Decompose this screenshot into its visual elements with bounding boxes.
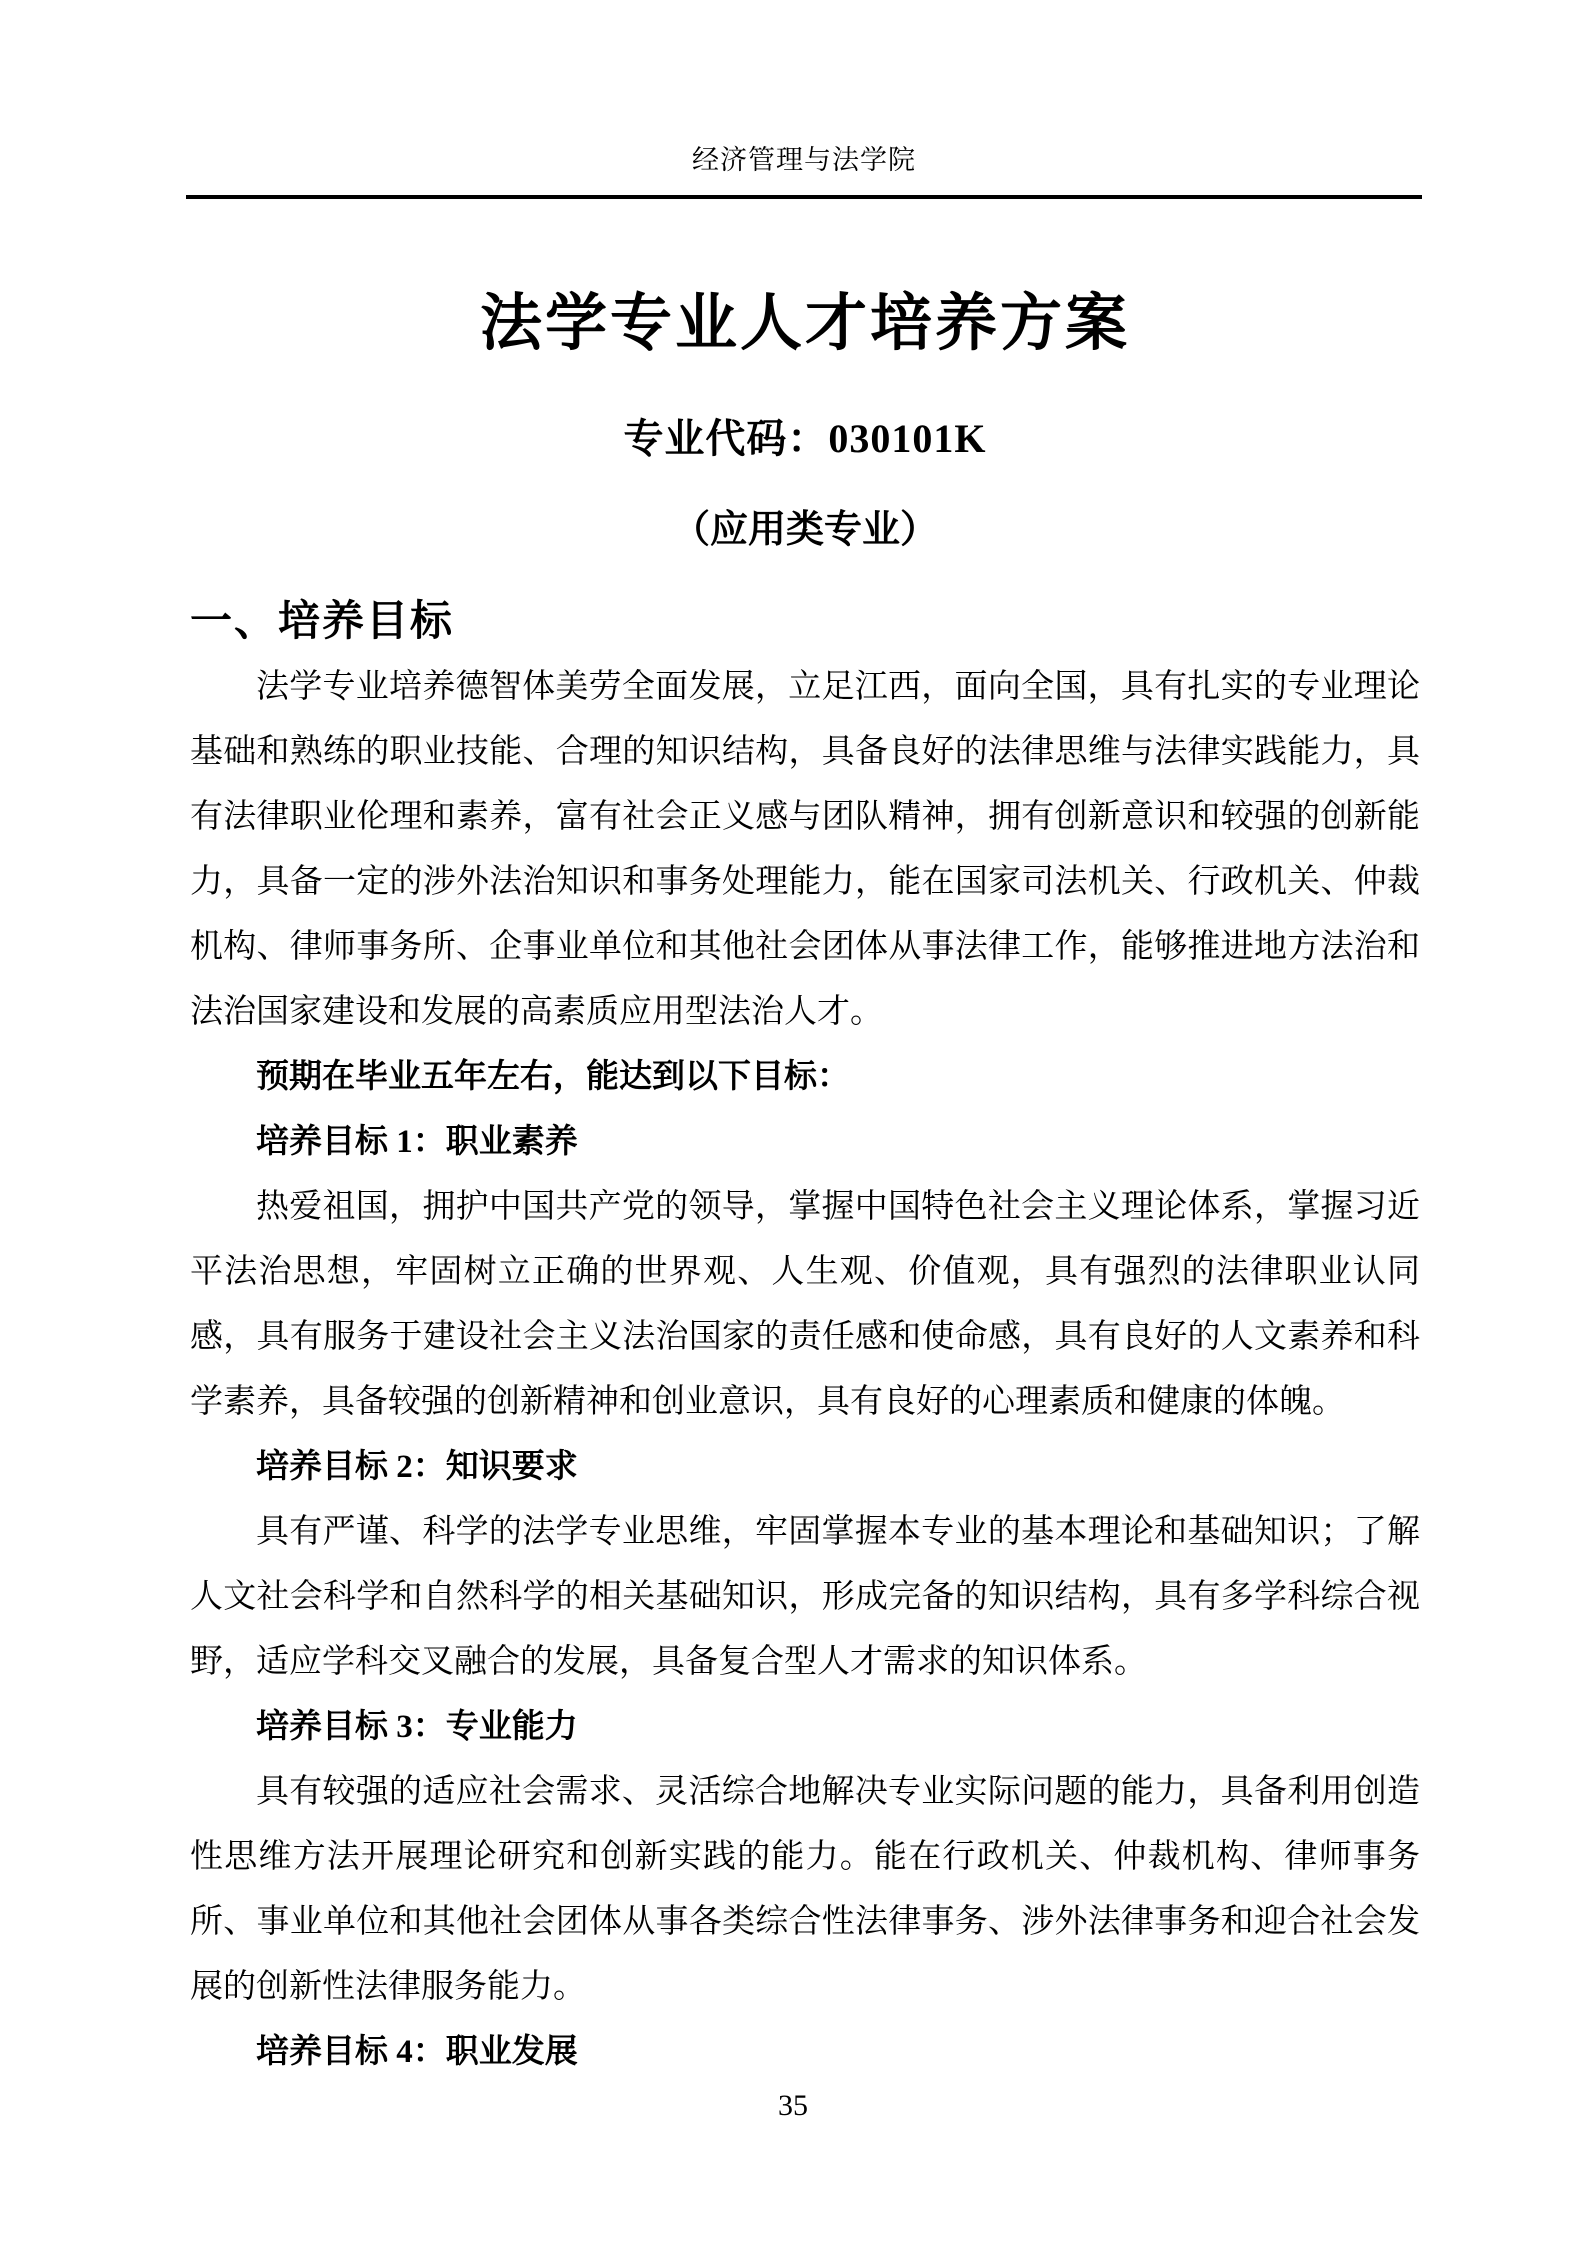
subheading-goal-1: 培养目标 1：职业素养 [190,1110,1420,1175]
paragraph-goal-2: 具有严谨、科学的法学专业思维，牢固掌握本专业的基本理论和基础知识；了解人文社会科… [190,1500,1420,1695]
paragraph-overview: 法学专业培养德智体美劳全面发展，立足江西，面向全国，具有扎实的专业理论基础和熟练… [190,655,1420,1045]
document-page: 经济管理与法学院 法学专业人才培养方案 专业代码：030101K （应用类专业）… [0,0,1586,2245]
document-body: 法学专业人才培养方案 专业代码：030101K （应用类专业） 一、培养目标 法… [190,199,1420,2085]
subheading-goal-2: 培养目标 2：知识要求 [190,1435,1420,1500]
section-text: 法学专业培养德智体美劳全面发展，立足江西，面向全国，具有扎实的专业理论基础和熟练… [190,655,1420,2085]
subheading-goal-4: 培养目标 4：职业发展 [190,2020,1420,2085]
major-type: （应用类专业） [190,509,1420,551]
page-footer: 35 [0,2089,1586,2123]
section-heading-training-objectives: 一、培养目标 [190,597,1420,645]
paragraph-goal-3: 具有较强的适应社会需求、灵活综合地解决专业实际问题的能力，具备利用创造性思维方法… [190,1760,1420,2020]
page-number: 35 [778,2089,808,2122]
subheading-goal-3: 培养目标 3：专业能力 [190,1695,1420,1760]
document-title: 法学专业人才培养方案 [190,291,1420,357]
major-code: 专业代码：030101K [190,417,1420,461]
lead-line-expectations: 预期在毕业五年左右，能达到以下目标： [190,1045,1420,1110]
paragraph-goal-1: 热爱祖国，拥护中国共产党的领导，掌握中国特色社会主义理论体系，掌握习近平法治思想… [190,1175,1420,1435]
page-header: 经济管理与法学院 [186,145,1422,199]
school-name: 经济管理与法学院 [692,145,916,175]
